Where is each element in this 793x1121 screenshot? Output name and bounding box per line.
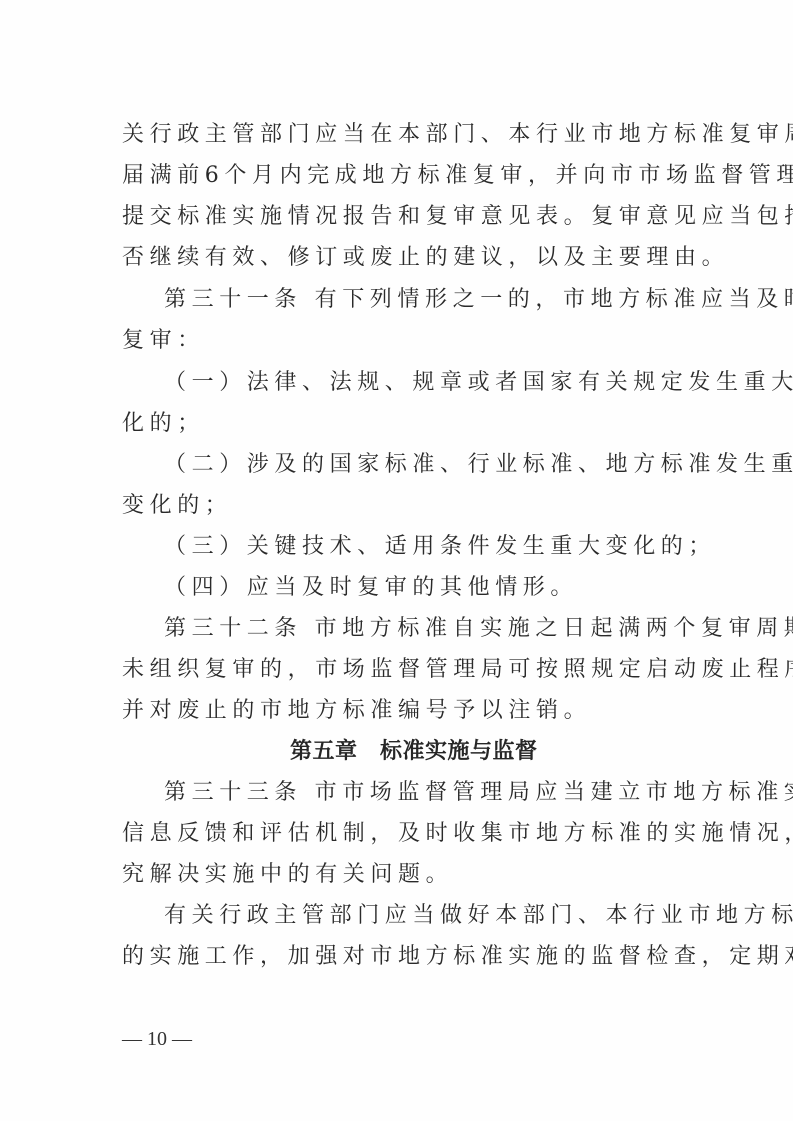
item-1-line-2: 化的； <box>122 411 694 437</box>
page-number: — 10 — <box>122 1028 192 1051</box>
text-line-1: 关行政主管部门应当在本部门、本行业市地方标准复审周期 <box>122 122 694 148</box>
item-4: （四）应当及时复审的其他情形。 <box>164 575 736 601</box>
article-33-line-1: 第三十三条 市市场监督管理局应当建立市地方标准实施 <box>164 780 736 806</box>
article-33-line-2: 信息反馈和评估机制，及时收集市地方标准的实施情况，研 <box>122 821 694 847</box>
item-2-line-1: （二）涉及的国家标准、行业标准、地方标准发生重大 <box>164 452 736 478</box>
paragraph-line-2: 的实施工作，加强对市地方标准实施的监督检查，定期对实 <box>122 944 694 970</box>
article-33-line-3: 究解决实施中的有关问题。 <box>122 862 694 888</box>
text-line-2: 届满前6个月内完成地方标准复审，并向市市场监督管理局 <box>122 163 694 189</box>
item-1-line-1: （一）法律、法规、规章或者国家有关规定发生重大变 <box>164 370 736 396</box>
chapter-heading: 第五章 标准实施与监督 <box>290 739 538 765</box>
article-32-line-3: 并对废止的市地方标准编号予以注销。 <box>122 698 694 724</box>
article-32-line-1: 第三十二条 市地方标准自实施之日起满两个复审周期仍 <box>164 616 736 642</box>
item-3: （三）关键技术、适用条件发生重大变化的； <box>164 534 736 560</box>
text-line-4: 否继续有效、修订或废止的建议，以及主要理由。 <box>122 245 694 271</box>
text-line-3: 提交标准实施情况报告和复审意见表。复审意见应当包括是 <box>122 204 694 230</box>
document-page: 关行政主管部门应当在本部门、本行业市地方标准复审周期 届满前6个月内完成地方标准… <box>0 0 793 1121</box>
paragraph-line-1: 有关行政主管部门应当做好本部门、本行业市地方标准 <box>164 903 736 929</box>
item-2-line-2: 变化的； <box>122 493 694 519</box>
article-31-line-1: 第三十一条 有下列情形之一的，市地方标准应当及时 <box>164 287 736 313</box>
article-31-line-2: 复审： <box>122 328 694 354</box>
article-32-line-2: 未组织复审的，市场监督管理局可按照规定启动废止程序， <box>122 657 694 683</box>
